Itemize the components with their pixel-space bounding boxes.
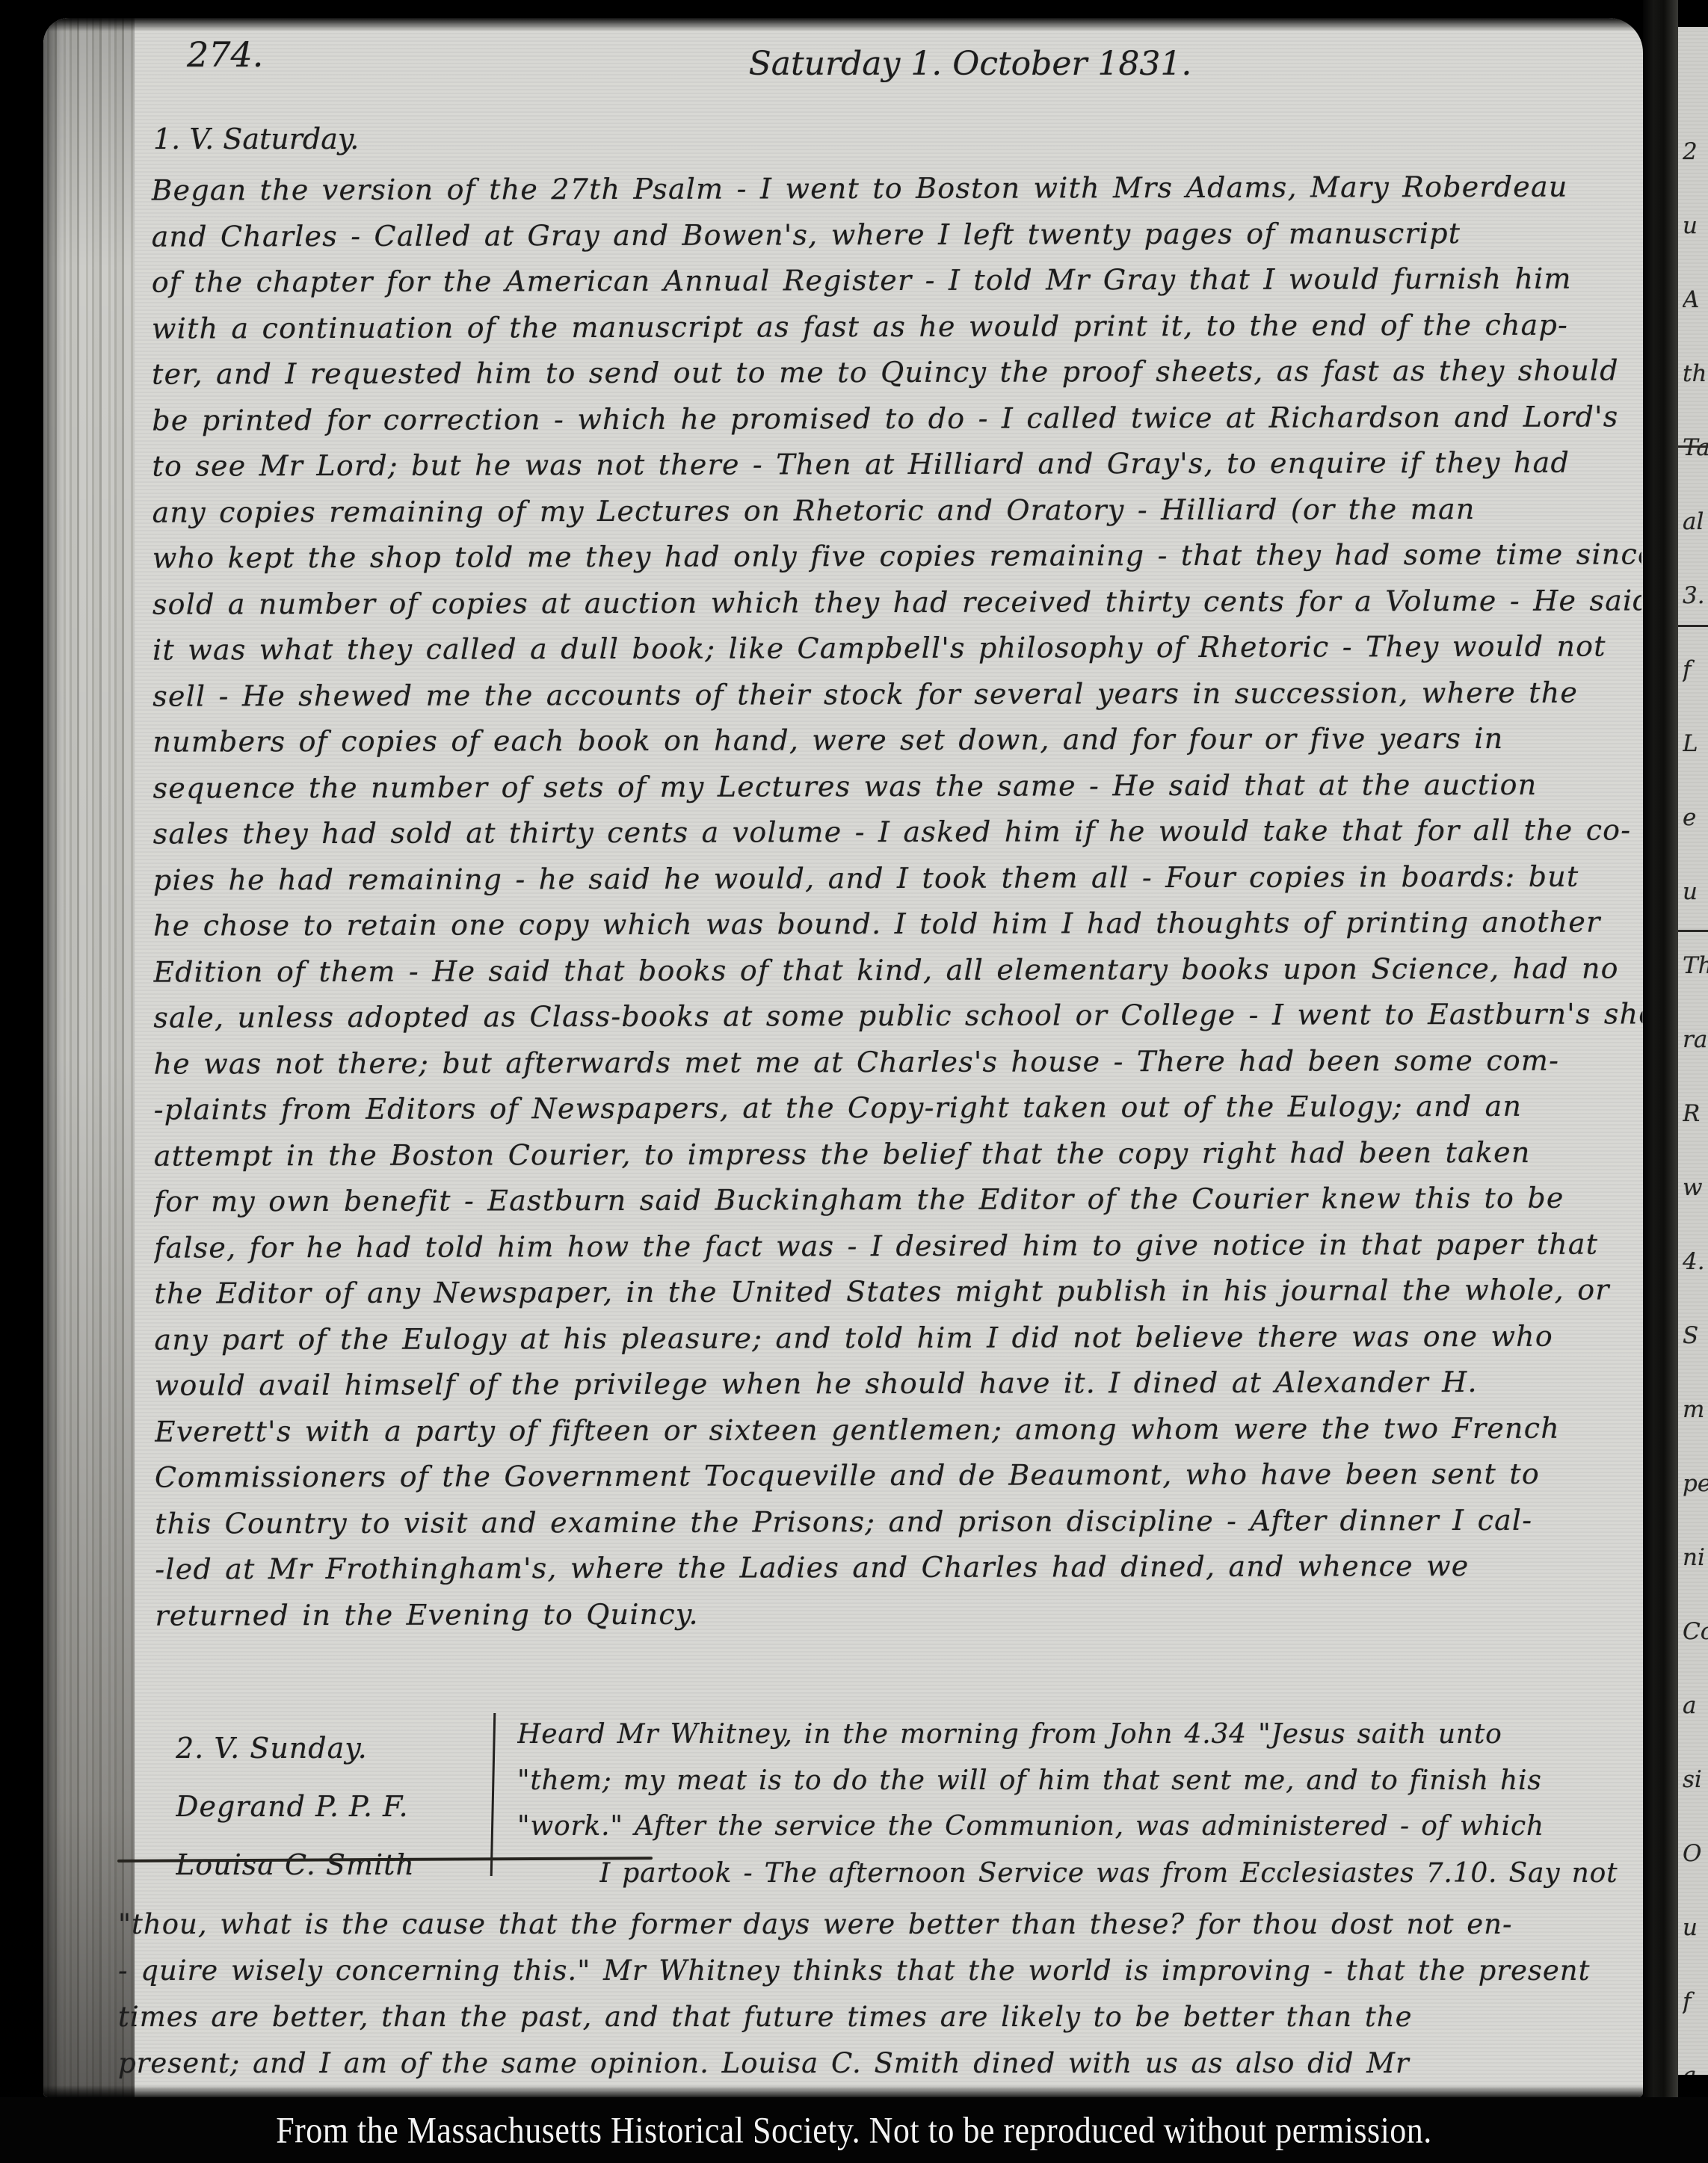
text-fragment: Ta [1683, 411, 1708, 485]
page-top-shadow [43, 18, 1643, 31]
entry2-body: Heard Mr Whitney, in the morning from Jo… [517, 1712, 1640, 1852]
text-fragment: a [1683, 2039, 1708, 2075]
book-binding-edge [43, 18, 135, 2097]
text-fragment: f [1683, 633, 1708, 707]
manuscript-line: sold a number of copies at auction which… [152, 578, 1641, 628]
entry2-sidebar: 2. V. Sunday.Degrand P. P. F.Louisa C. S… [176, 1719, 490, 1895]
manuscript-line: ter, and I requested him to send out to … [152, 348, 1641, 398]
manuscript-line: Everett's with a party of fifteen or six… [155, 1405, 1643, 1455]
manuscript-line: sales they had sold at thirty cents a vo… [153, 807, 1642, 857]
manuscript-line: pies he had remaining - he said he would… [153, 854, 1642, 904]
entry2-vertical-divider [490, 1713, 496, 1876]
manuscript-page: 274. Saturday 1. October 1831. 1. V. Sat… [43, 18, 1643, 2097]
manuscript-line: Commissioners of the Government Tocquevi… [155, 1451, 1643, 1501]
scanned-diary-page: 274. Saturday 1. October 1831. 1. V. Sat… [0, 0, 1708, 2163]
entry2-indented-line: I partook - The afternoon Service was fr… [599, 1851, 1640, 1897]
entry2-sidebar-line: Louisa C. Smith [176, 1836, 490, 1894]
manuscript-line: -plaints from Editors of Newspapers, at … [154, 1083, 1643, 1133]
facing-page-text-fragments: 2uAthTaal3.fLeuThraRw4.SmpeniCoasiOufa [1678, 27, 1708, 2075]
text-fragment: m [1683, 1373, 1708, 1447]
book-gutter-shadow [1643, 0, 1678, 2163]
manuscript-line: he was not there; but afterwards met me … [153, 1037, 1642, 1087]
text-fragment: ra [1683, 1003, 1708, 1077]
text-fragment: 2 [1683, 115, 1708, 189]
entry2-continuation: "thou, what is the cause that the former… [118, 1901, 1641, 2090]
text-fragment: R [1683, 1077, 1708, 1151]
text-fragment: A [1683, 263, 1708, 337]
manuscript-line: to see Mr Lord; but he was not there - T… [152, 439, 1641, 490]
entry1-body: Began the version of the 27th Psalm - I … [151, 164, 1643, 1641]
text-fragment: S [1683, 1299, 1708, 1373]
text-fragment: ni [1683, 1521, 1708, 1595]
manuscript-line: any part of the Eulogy at his pleasure; … [154, 1313, 1643, 1363]
manuscript-line: returned in the Evening to Quincy. [155, 1589, 1643, 1639]
manuscript-line: would avail himself of the privilege whe… [155, 1359, 1643, 1409]
manuscript-line: for my own benefit - Eastburn said Bucki… [154, 1175, 1643, 1225]
manuscript-line: who kept the shop told me they had only … [152, 531, 1641, 581]
manuscript-line: he chose to retain one copy which was bo… [153, 899, 1642, 949]
manuscript-line: "work." After the service the Communion,… [517, 1803, 1640, 1850]
manuscript-line: be printed for correction - which he pro… [152, 394, 1641, 444]
manuscript-line: "them; my meat is to do the will of him … [517, 1758, 1640, 1804]
entry2-sidebar-line: 2. V. Sunday. [176, 1719, 490, 1777]
text-fragment: 3. [1683, 559, 1708, 633]
manuscript-line: attempt in the Boston Courier, to impres… [154, 1129, 1643, 1179]
facing-page-sliver: 2uAthTaal3.fLeuThraRw4.SmpeniCoasiOufa [1678, 27, 1708, 2075]
facing-page-rule [1678, 445, 1708, 448]
manuscript-line: "thou, what is the cause that the former… [118, 1901, 1641, 1948]
text-fragment: w [1683, 1151, 1708, 1225]
facing-page-rule [1678, 930, 1708, 932]
manuscript-line: -led at Mr Frothingham's, where the Ladi… [155, 1543, 1643, 1593]
entry2-sidebar-line: Degrand P. P. F. [176, 1777, 490, 1836]
text-fragment: u [1683, 189, 1708, 263]
manuscript-line: times are better, than the past, and tha… [118, 1994, 1641, 2040]
text-fragment: 4. [1683, 1225, 1708, 1299]
manuscript-line: of the chapter for the American Annual R… [152, 256, 1641, 306]
manuscript-line: sequence the number of sets of my Lectur… [153, 762, 1642, 812]
text-fragment: si [1683, 1743, 1708, 1817]
page-number: 274. [187, 34, 263, 75]
archive-caption: From the Massachusetts Historical Societ… [276, 2108, 1432, 2151]
manuscript-line: - quire wisely concerning this." Mr Whit… [118, 1948, 1641, 1994]
manuscript-line: present; and I am of the same opinion. L… [118, 2040, 1641, 2087]
manuscript-line: false, for he had told him how the fact … [154, 1221, 1643, 1271]
manuscript-line: sale, unless adopted as Class-books at s… [153, 991, 1642, 1041]
manuscript-line: it was what they called a dull book; lik… [152, 623, 1641, 673]
manuscript-line: Began the version of the 27th Psalm - I … [151, 164, 1640, 214]
text-fragment: Th [1683, 929, 1708, 1003]
manuscript-line: and Charles - Called at Gray and Bowen's… [152, 210, 1641, 260]
manuscript-line: any copies remaining of my Lectures on R… [152, 486, 1641, 536]
text-fragment: pe [1683, 1447, 1708, 1521]
manuscript-line: sell - He shewed me the accounts of thei… [152, 670, 1641, 720]
page-header-date: Saturday 1. October 1831. [686, 45, 1254, 83]
manuscript-line: Heard Mr Whitney, in the morning from Jo… [517, 1712, 1640, 1758]
text-fragment: a [1683, 1669, 1708, 1743]
text-fragment: L [1683, 707, 1708, 781]
text-fragment: O [1683, 1817, 1708, 1891]
manuscript-line: with a continuation of the manuscript as… [152, 302, 1641, 352]
text-fragment: u [1683, 1891, 1708, 1965]
entry1-heading: 1. V. Saturday. [153, 123, 359, 155]
manuscript-line: this Country to visit and examine the Pr… [155, 1497, 1643, 1547]
text-fragment: u [1683, 855, 1708, 929]
text-fragment: al [1683, 485, 1708, 559]
manuscript-line: the Editor of any Newspaper, in the Unit… [154, 1267, 1643, 1317]
manuscript-line: Edition of them - He said that books of … [153, 945, 1642, 996]
manuscript-line: numbers of copies of each book on hand, … [152, 715, 1641, 765]
text-fragment: Co [1683, 1595, 1708, 1669]
caption-bar: From the Massachusetts Historical Societ… [0, 2097, 1708, 2163]
text-fragment: th [1683, 337, 1708, 411]
text-fragment: f [1683, 1965, 1708, 2039]
text-fragment: e [1683, 781, 1708, 855]
facing-page-rule [1678, 625, 1708, 627]
